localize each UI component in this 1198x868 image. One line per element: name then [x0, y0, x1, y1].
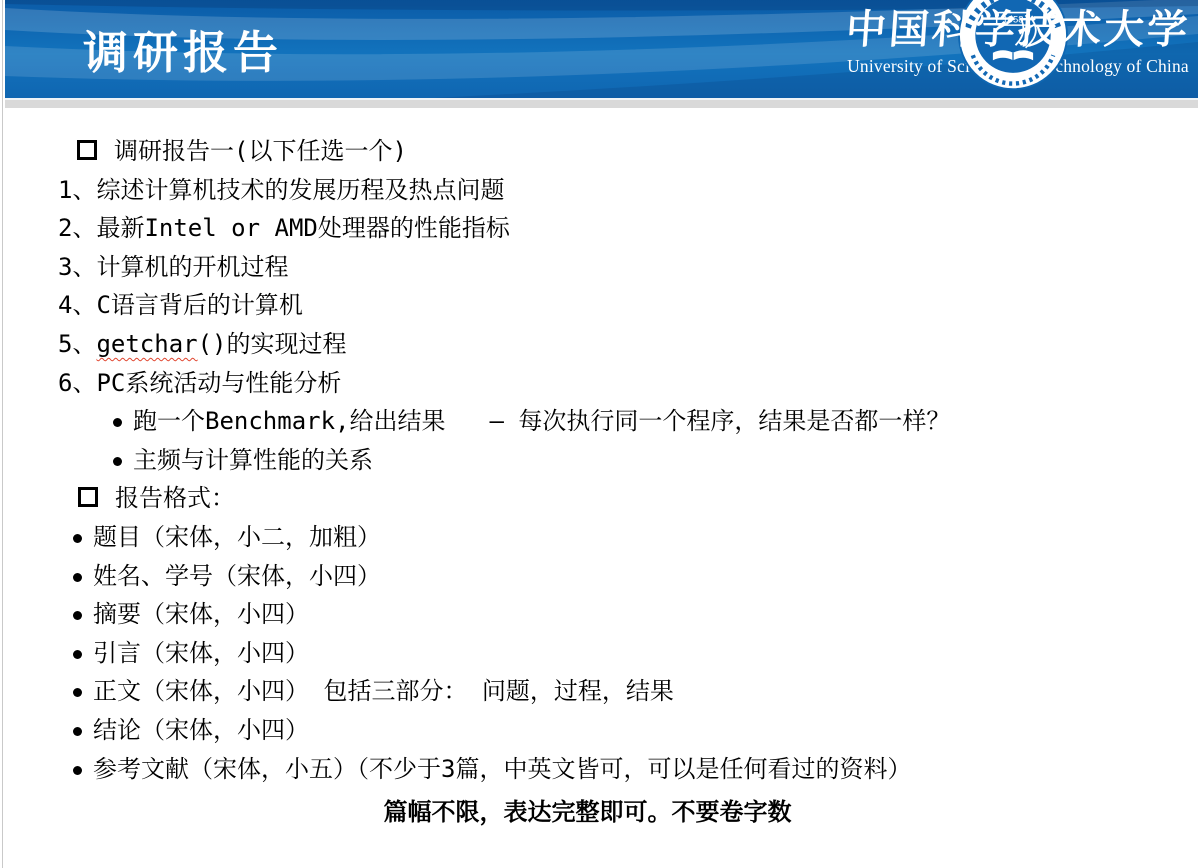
- university-logo: 1958 中国科学技术大学 University of Science and …: [836, 0, 1190, 98]
- list-item-2: 2、最新Intel or AMD处理器的性能指标: [0, 209, 1198, 248]
- dot-bullet-icon: [73, 766, 82, 775]
- format-item-1: 题目（宋体，小二，加粗）: [0, 518, 1198, 557]
- format-item-text: 正文（宋体，小四） 包括三部分： 问题，过程，结果: [93, 677, 674, 705]
- format-item-text: 题目（宋体，小二，加粗）: [93, 523, 381, 551]
- item-number: 1、: [58, 176, 96, 204]
- format-item-4: 引言（宋体，小四）: [0, 634, 1198, 673]
- format-item-3: 摘要（宋体，小四）: [0, 595, 1198, 634]
- dot-bullet-icon: [73, 688, 82, 697]
- item-text: 计算机的开机过程: [96, 253, 288, 281]
- dot-bullet-icon: [113, 418, 122, 427]
- item-code-spellcheck: getchar: [96, 330, 197, 358]
- university-name-chinese: 中国科学技术大学: [845, 10, 1192, 50]
- slide-body: 调研报告一(以下任选一个) 1、综述计算机技术的发展历程及热点问题 2、最新In…: [0, 132, 1198, 833]
- square-bullet-icon: [77, 140, 97, 160]
- square-bullet-icon: [78, 487, 98, 507]
- dot-bullet-icon: [113, 457, 122, 466]
- item-number: 2、: [58, 214, 96, 242]
- item-text: C语言背后的计算机: [96, 291, 302, 319]
- list-item-4: 4、C语言背后的计算机: [0, 286, 1198, 325]
- list-item-5: 5、getchar()的实现过程: [0, 325, 1198, 364]
- format-item-text: 姓名、学号（宋体，小四）: [93, 562, 381, 590]
- footer-note: 篇幅不限，表达完整即可。不要卷字数: [0, 794, 1175, 833]
- format-item-6: 结论（宋体，小四）: [0, 711, 1198, 750]
- subitem-note: – 每次执行同一个程序，结果是否都一样？: [490, 407, 951, 435]
- dot-bullet-icon: [73, 534, 82, 543]
- format-item-5: 正文（宋体，小四） 包括三部分： 问题，过程，结果: [0, 672, 1198, 711]
- item-text-after: ()的实现过程: [198, 330, 347, 358]
- sub-list-item-2: 主频与计算性能的关系: [0, 441, 1198, 480]
- format-item-text: 引言（宋体，小四）: [93, 639, 309, 667]
- item-text: 最新Intel or AMD处理器的性能指标: [96, 214, 509, 242]
- dot-bullet-icon: [73, 611, 82, 620]
- dot-bullet-icon: [73, 650, 82, 659]
- header-gray-strip: [5, 100, 1198, 108]
- section2-title: 报告格式：: [115, 484, 235, 512]
- item-text: PC系统活动与性能分析: [96, 369, 341, 397]
- page-title: 调研报告: [83, 16, 283, 81]
- dot-bullet-icon: [73, 573, 82, 582]
- list-item-1: 1、综述计算机技术的发展历程及热点问题: [0, 171, 1198, 210]
- section1-title: 调研报告一(以下任选一个): [114, 137, 407, 165]
- slide-header-band: 调研报告 1958 中国科学技术大学 University of Science…: [5, 0, 1198, 98]
- format-item-text: 结论（宋体，小四）: [93, 716, 309, 744]
- subitem-text: 跑一个Benchmark,给出结果: [133, 407, 446, 435]
- sub-list-item-1: 跑一个Benchmark,给出结果– 每次执行同一个程序，结果是否都一样？: [0, 402, 1198, 441]
- item-number: 4、: [58, 291, 96, 319]
- subitem-text: 主频与计算性能的关系: [133, 446, 373, 474]
- format-item-2: 姓名、学号（宋体，小四）: [0, 557, 1198, 596]
- dot-bullet-icon: [73, 727, 82, 736]
- list-item-3: 3、计算机的开机过程: [0, 248, 1198, 287]
- section2-header: 报告格式：: [0, 479, 1198, 518]
- section1-header: 调研报告一(以下任选一个): [0, 132, 1198, 171]
- format-item-7: 参考文献（宋体，小五）（不少于3篇，中英文皆可，可以是任何看过的资料）: [0, 750, 1198, 789]
- item-number: 5、: [58, 330, 96, 358]
- list-item-6: 6、PC系统活动与性能分析: [0, 364, 1198, 403]
- item-number: 6、: [58, 369, 96, 397]
- format-item-text: 参考文献（宋体，小五）（不少于3篇，中英文皆可，可以是任何看过的资料）: [93, 755, 911, 783]
- item-text: 综述计算机技术的发展历程及热点问题: [96, 176, 504, 204]
- format-item-text: 摘要（宋体，小四）: [93, 600, 309, 628]
- item-number: 3、: [58, 253, 96, 281]
